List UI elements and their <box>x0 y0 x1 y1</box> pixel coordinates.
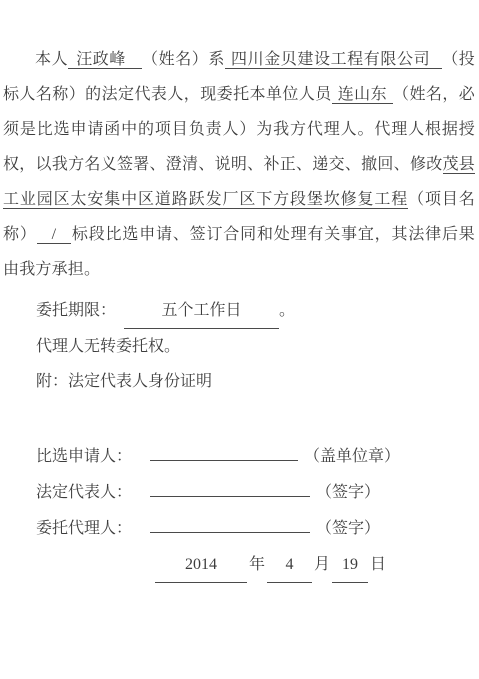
attachment-text: 附：法定代表人身份证明 <box>36 364 479 399</box>
no-sub-delegation-text: 代理人无转委托权。 <box>36 329 479 364</box>
date-month-unit: 月 <box>314 547 330 582</box>
entrusted-agent-label: 委托代理人： <box>36 520 132 537</box>
signature-section: 比选申请人：（盖单位章） 法定代表人：（签字） 委托代理人：（签字） <box>0 439 479 546</box>
applicant-seal-note: （盖单位章） <box>304 448 400 465</box>
paragraph-tail: 标段比选申请、签订合同和处理有关事宜，其法律后果由我方承担。 <box>3 226 475 278</box>
legal-representative-signature-blank <box>150 479 310 497</box>
entrusted-agent-signature-blank <box>150 515 310 533</box>
power-of-attorney-document: 本人汪政峰（姓名）系四川金贝建设工程有限公司（投标人名称）的法定代表人，现委托本… <box>0 0 479 679</box>
principal-name-field: 汪政峰 <box>68 51 142 69</box>
paragraph-lead: 本人 <box>35 51 68 68</box>
company-name-field: 四川金贝建设工程有限公司 <box>225 51 442 69</box>
date-year-field: 2014 <box>155 547 247 583</box>
term-period: 。 <box>279 302 295 319</box>
legal-representative-sign-note: （签字） <box>316 484 380 501</box>
legal-representative-label: 法定代表人： <box>36 484 132 501</box>
date-day-unit: 日 <box>370 547 386 582</box>
applicant-signature-row: 比选申请人：（盖单位章） <box>36 439 479 474</box>
date-year-unit: 年 <box>249 547 265 582</box>
term-value-field: 五个工作日 <box>124 293 279 329</box>
entrusted-agent-signature-row: 委托代理人：（签字） <box>36 511 479 546</box>
applicant-label: 比选申请人： <box>36 448 132 465</box>
entrusted-agent-sign-note: （签字） <box>316 520 380 537</box>
agent-name-field: 连山东 <box>332 86 393 104</box>
lot-number-field: / <box>37 226 72 244</box>
date-row: 2014年4月19日 <box>155 547 479 583</box>
applicant-signature-blank <box>150 443 298 461</box>
legal-representative-signature-row: 法定代表人：（签字） <box>36 475 479 510</box>
after-name-text: （姓名）系 <box>142 51 225 68</box>
date-month-field: 4 <box>267 547 312 583</box>
term-label: 委托期限： <box>36 302 116 319</box>
term-row: 委托期限：五个工作日。 <box>36 293 479 329</box>
authorization-paragraph: 本人汪政峰（姓名）系四川金贝建设工程有限公司（投标人名称）的法定代表人，现委托本… <box>3 42 475 287</box>
date-day-field: 19 <box>332 547 368 583</box>
